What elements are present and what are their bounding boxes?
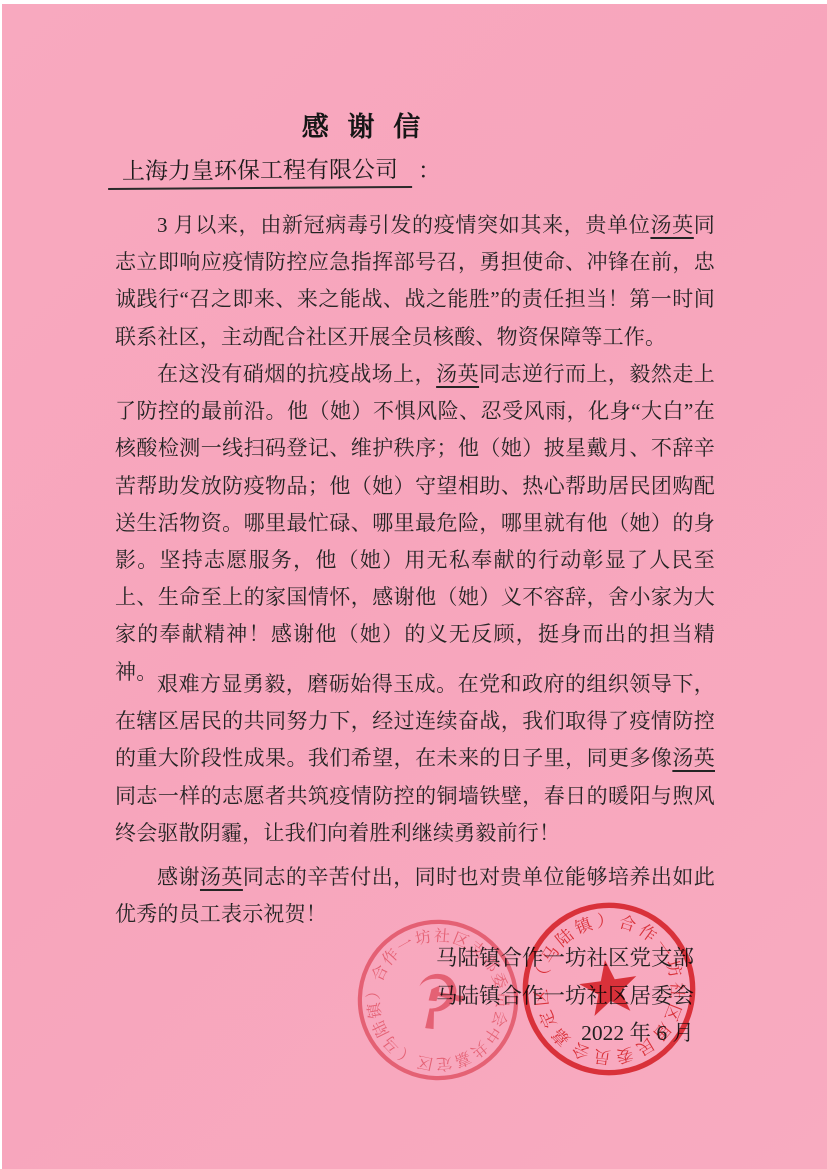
addressee-line: 上海力皇环保工程有限公司： [108,152,441,189]
paragraph-1: 3 月以来，由新冠病毒引发的疫情突如其来，贵单位汤英同志立即响应疫情防控应急指挥… [115,207,715,356]
letter-page: 感 谢 信 上海力皇环保工程有限公司： 3 月以来，由新冠病毒引发的疫情突如其来… [2,4,827,1169]
signature-date: 2022 年 6 月 [436,1015,694,1053]
underlined-volunteer-name: 汤英 [436,362,479,386]
signature-block: 马陆镇合作一坊社区党支部 马陆镇合作一坊社区居委会 2022 年 6 月 [436,940,694,1053]
paragraph-text: 同志一样的志愿者共筑疫情防控的铜墙铁壁，春日的暖阳与煦风终会驱散阴霾，让我们向着… [115,784,715,845]
signature-residents-committee: 马陆镇合作一坊社区居委会 [436,978,694,1016]
underlined-volunteer-name: 汤英 [650,213,693,237]
addressee-company-name: 上海力皇环保工程有限公司 [108,151,412,190]
paragraph-text: 在这没有硝烟的抗疫战场上， [157,362,436,386]
underlined-volunteer-name: 汤英 [672,746,715,770]
paragraph-2: 在这没有硝烟的抗疫战场上，汤英同志逆行而上，毅然走上了防控的最前沿。他（她）不惧… [115,356,715,691]
paragraph-text: 感谢 [157,865,200,889]
letter-title: 感 谢 信 [2,105,726,144]
paragraph-4: 感谢汤英同志的辛苦付出，同时也对贵单位能够培养出如此优秀的员工表示祝贺！ [115,859,715,933]
signature-party-branch: 马陆镇合作一坊社区党支部 [436,940,694,978]
paragraph-text: 艰难方显勇毅，磨砺始得玉成。在党和政府的组织领导下，在辖区居民的共同努力下，经过… [115,672,715,770]
paragraph-text: 3 月以来，由新冠病毒引发的疫情突如其来，贵单位 [157,213,650,237]
paragraph-text: 同志逆行而上，毅然走上了防控的最前沿。他（她）不惧风险、忍受风雨，化身“大白”在… [115,362,715,684]
addressee-colon: ： [418,158,441,183]
underlined-volunteer-name: 汤英 [200,865,243,889]
paragraph-3: 艰难方显勇毅，磨砺始得玉成。在党和政府的组织领导下，在辖区居民的共同努力下，经过… [115,666,715,852]
